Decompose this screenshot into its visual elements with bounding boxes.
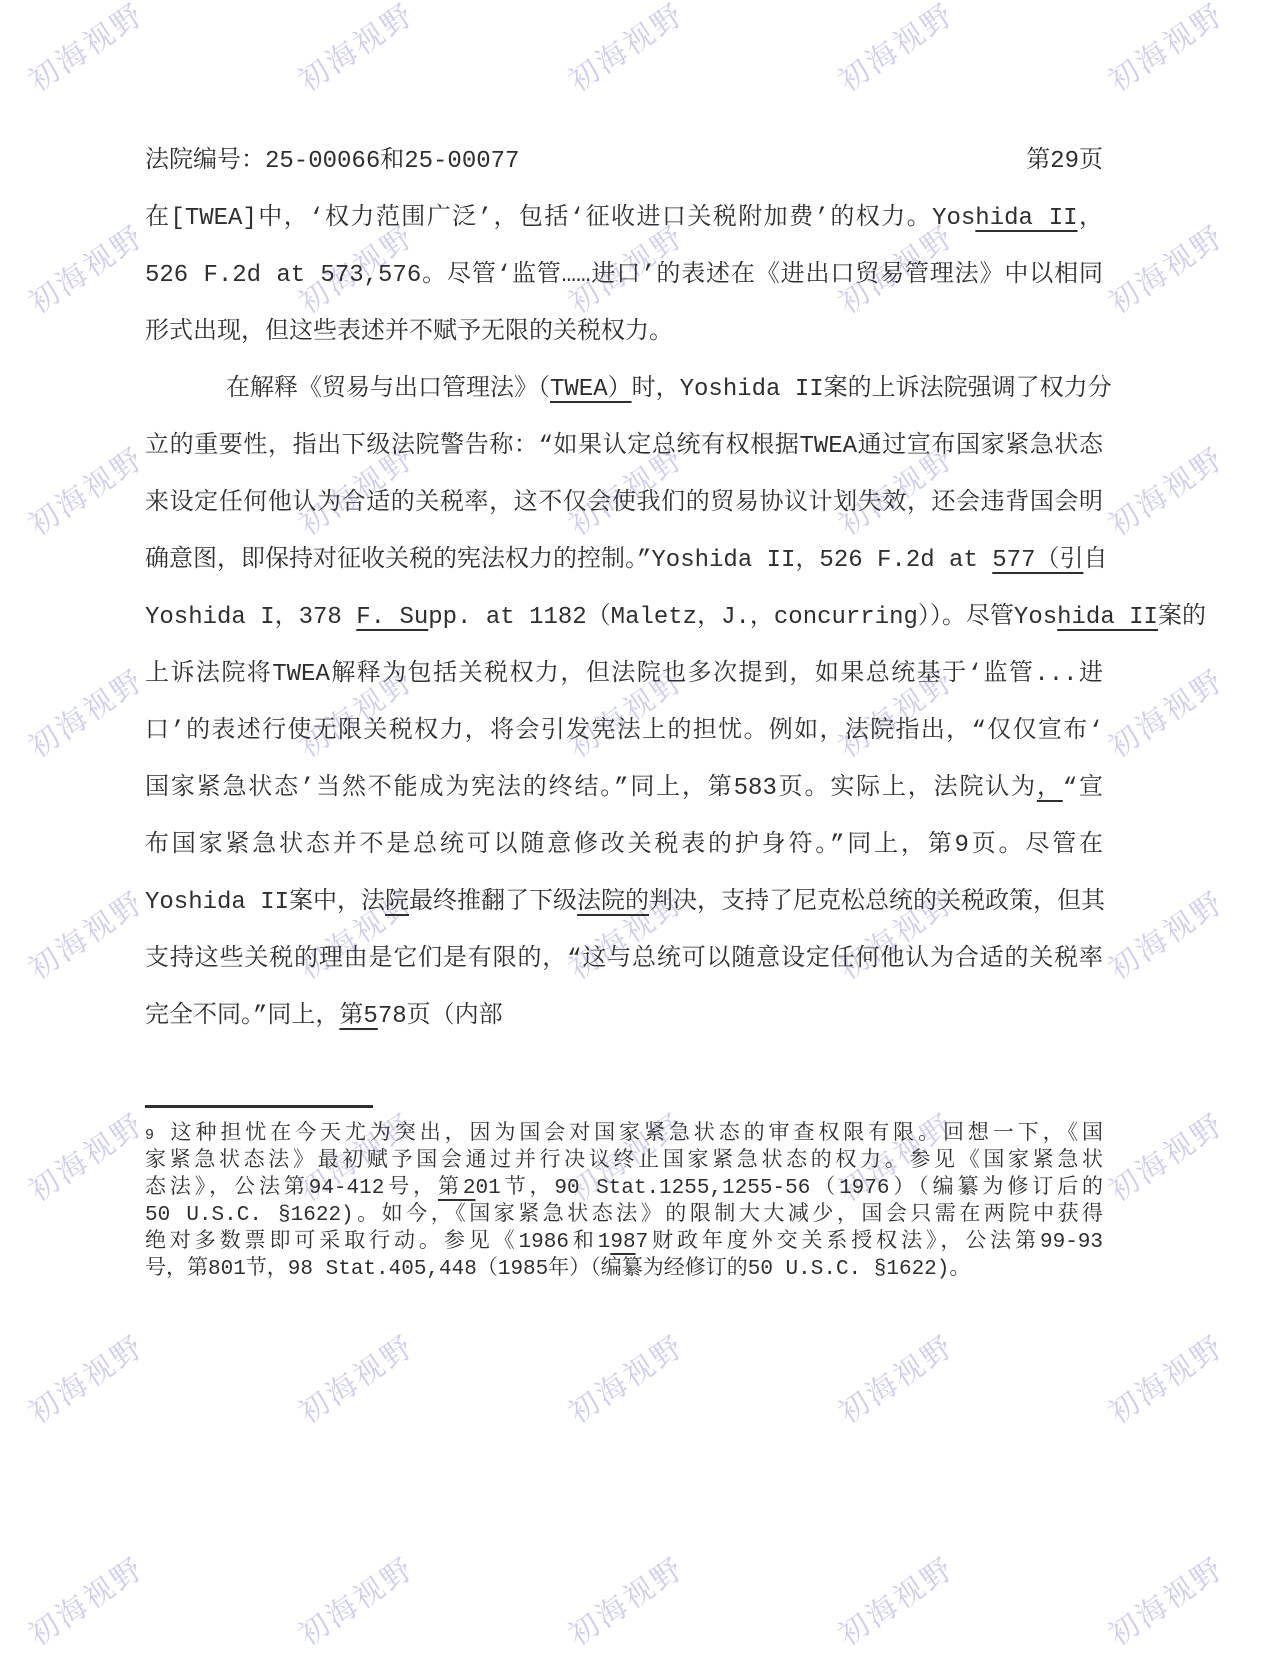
text-line: 号，第801节，98 Stat.405,448（1985年）（编纂为经修订的50… (145, 1256, 1103, 1283)
footnote-separator (145, 1105, 373, 1108)
text-line: 完全不同。”同上，第578页（内部 (145, 988, 1103, 1045)
text-segment: 最终推翻了下级 (409, 889, 577, 916)
watermark-text: 初海视野 (18, 212, 152, 322)
text-segment: 自 (1083, 547, 1107, 574)
underlined-text: hida II (1057, 604, 1158, 631)
text-line: 布国家紧急状态并不是总统可以随意修改关税表的护身符。”同上，第9页。尽管在 (145, 817, 1103, 874)
text-segment: 国家紧急状态’当然不能成为宪法的终结。”同上，第583页。实际上，法院认为 (145, 775, 1037, 802)
text-segment: 上诉法院将TWEA解释为包括关税权力，但法院也多次提到，如果总统基于‘监管...… (145, 661, 1103, 688)
watermark-text: 初海视野 (1098, 0, 1232, 100)
underlined-text: 第2 (438, 1177, 476, 1200)
document-content: 法院编号：25-00066和25-00077 第29页 在[TWEA]中，‘权力… (145, 133, 1103, 1045)
text-line: 国家紧急状态’当然不能成为宪法的终结。”同上，第583页。实际上，法院认为，“宣 (145, 760, 1103, 817)
watermark-text: 初海视野 (18, 0, 152, 100)
text-line: 口’的表述行使无限关税权力，将会引发宪法上的担忧。例如，法院指出，“仅仅宣布‘ (145, 703, 1103, 760)
watermark-text: 初海视野 (18, 1544, 152, 1654)
underlined-text: TWEA） (550, 376, 632, 403)
text-line: 态法》，公法第94-412号，第201节，90 Stat.1255,1255-5… (145, 1175, 1103, 1202)
text-segment: 78页（内部 (378, 1003, 503, 1030)
court-number: 法院编号：25-00066和25-00077 (145, 133, 519, 190)
text-segment: 确意图，即保持对征收关税的宪法权力的控制。”Yoshida II，526 F.2… (145, 547, 992, 574)
footnote-text: 9 这种担忧在今天尤为突出，因为国会对国家紧急状态的审查权限有限。回想一下，《国… (145, 1121, 1103, 1283)
watermark-text: 初海视野 (1098, 656, 1232, 766)
text-segment: “宣 (1063, 775, 1103, 802)
text-line: Yoshida II案中，法院最终推翻了下级法院的判决，支持了尼克松总统的关税政… (145, 874, 1103, 931)
text-segment: 来设定任何他认为合适的关税率，这不仅会使我们的贸易协议计划失效，还会违背国会明 (145, 490, 1103, 517)
underlined-text: 第5 (339, 1003, 377, 1030)
text-segment: 案的 (1158, 604, 1206, 631)
text-segment: 布国家紧急状态并不是总统可以随意修改关税表的护身符。”同上，第9页。尽管在 (145, 832, 1103, 859)
text-line: 在[TWEA]中，‘权力范围广泛’，包括‘征收进口关税附加费’的权力。Yoshi… (145, 190, 1103, 247)
text-line: 绝对多数票即可采取行动。参见《1986和1987财政年度外交关系授权法》，公法第… (145, 1229, 1103, 1256)
text-segment: 时，Yoshida II案的上诉法院强调了权力分 (632, 376, 1112, 403)
watermark-text: 初海视野 (18, 878, 152, 988)
underlined-text: hida II (975, 205, 1077, 232)
text-segment: 号，第801节，98 Stat.405,448（1985年）（编纂为经修订的50… (145, 1258, 970, 1281)
text-segment: ， (1078, 205, 1103, 232)
text-line: 上诉法院将TWEA解释为包括关税权力，但法院也多次提到，如果总统基于‘监管...… (145, 646, 1103, 703)
footnote-section: 9 这种担忧在今天尤为突出，因为国会对国家紧急状态的审查权限有限。回想一下，《国… (145, 1105, 1103, 1283)
watermark-text: 初海视野 (828, 0, 962, 100)
underlined-text: 法院的 (577, 889, 649, 916)
document-page: 初海视野初海视野初海视野初海视野初海视野初海视野初海视野初海视野初海视野初海视野… (0, 0, 1280, 1656)
text-segment: 01节，90 Stat.1255,1255-56（1976）（编纂为修订后的 (476, 1177, 1104, 1200)
watermark-text: 初海视野 (18, 1100, 152, 1210)
text-line: 来设定任何他认为合适的关税率，这不仅会使我们的贸易协议计划失效，还会违背国会明 (145, 475, 1103, 532)
underlined-text: F. Su (356, 604, 428, 631)
watermark-text: 初海视野 (828, 1322, 962, 1432)
text-segment: 这种担忧在今天尤为突出，因为国会对国家紧急状态的审查权限有限。回想一下，《国 (154, 1123, 1103, 1146)
text-segment: 在解释《贸易与出口管理法》（ (226, 376, 550, 403)
watermark-text: 初海视野 (18, 434, 152, 544)
text-segment: 立的重要性，指出下级法院警告称：“如果认定总统有权根据TWEA通过宣布国家紧急状… (145, 433, 1103, 460)
watermark-text: 初海视野 (288, 0, 422, 100)
text-segment: 形式出现，但这些表述并不赋予无限的关税权力。 (145, 319, 673, 346)
text-line: 形式出现，但这些表述并不赋予无限的关税权力。 (145, 304, 1103, 361)
watermark-text: 初海视野 (1098, 1100, 1232, 1210)
text-line: 50 U.S.C. §1622)。如今，《国家紧急状态法》的限制大大减少，国会只… (145, 1202, 1103, 1229)
text-line: 确意图，即保持对征收关税的宪法权力的控制。”Yoshida II，526 F.2… (145, 532, 1103, 589)
text-line: 立的重要性，指出下级法院警告称：“如果认定总统有权根据TWEA通过宣布国家紧急状… (145, 418, 1103, 475)
watermark-text: 初海视野 (1098, 878, 1232, 988)
underlined-text: 98 (610, 1231, 635, 1254)
body-text: 在[TWEA]中，‘权力范围广泛’，包括‘征收进口关税附加费’的权力。Yoshi… (145, 190, 1103, 1045)
underlined-text: 577（引 (992, 547, 1083, 574)
watermark-text: 初海视野 (18, 656, 152, 766)
watermark-text: 初海视野 (1098, 1322, 1232, 1432)
text-segment: 家紧急状态法》最初赋予国会通过并行决议终止国家紧急状态的权力。参见《国家紧急状 (145, 1150, 1103, 1173)
text-line: 526 F.2d at 573,576。尽管‘监管……进口’的表述在《进出口贸易… (145, 247, 1103, 304)
text-segment: 口’的表述行使无限关税权力，将会引发宪法上的担忧。例如，法院指出，“仅仅宣布‘ (145, 718, 1103, 745)
watermark-text: 初海视野 (558, 1544, 692, 1654)
watermark-text: 初海视野 (288, 1544, 422, 1654)
text-line: 在解释《贸易与出口管理法》（TWEA）时，Yoshida II案的上诉法院强调了… (145, 361, 1103, 418)
text-segment: 完全不同。”同上， (145, 1003, 339, 1030)
watermark-text: 初海视野 (288, 1322, 422, 1432)
text-line: 9 这种担忧在今天尤为突出，因为国会对国家紧急状态的审查权限有限。回想一下，《国 (145, 1121, 1103, 1148)
text-segment: 态法》，公法第94-412号， (145, 1177, 438, 1200)
text-line: Yoshida I，378 F. Supp. at 1182（Maletz，J.… (145, 589, 1103, 646)
watermark-text: 初海视野 (1098, 1544, 1232, 1654)
text-line: 家紧急状态法》最初赋予国会通过并行决议终止国家紧急状态的权力。参见《国家紧急状 (145, 1148, 1103, 1175)
watermark-text: 初海视野 (828, 1544, 962, 1654)
watermark-text: 初海视野 (558, 0, 692, 100)
text-segment: 绝对多数票即可采取行动。参见《1986和1 (145, 1231, 610, 1254)
text-segment: 判决，支持了尼克松总统的关税政策，但其 (649, 889, 1105, 916)
text-segment: pp. at 1182（Maletz，J.，concurring））。尽管Yos (428, 604, 1057, 631)
watermark-text: 初海视野 (1098, 434, 1232, 544)
watermark-text: 初海视野 (1098, 212, 1232, 322)
watermark-text: 初海视野 (18, 1322, 152, 1432)
text-segment: 526 F.2d at 573,576。尽管‘监管……进口’的表述在《进出口贸易… (145, 262, 1103, 289)
text-segment: 50 U.S.C. §1622)。如今，《国家紧急状态法》的限制大大减少，国会只… (145, 1204, 1103, 1227)
text-segment: 7财政年度外交关系授权法》，公法第99-93 (636, 1231, 1103, 1254)
text-segment: Yoshida II案中，法 (145, 889, 385, 916)
footnote-marker: 9 (145, 1127, 154, 1144)
page-number: 第29页 (1026, 133, 1103, 190)
text-segment: Yoshida I，378 (145, 604, 356, 631)
text-line: 支持这些关税的理由是它们是有限的，“这与总统可以随意设定任何他认为合适的关税率 (145, 931, 1103, 988)
underlined-text: ， (1037, 775, 1063, 802)
text-segment: 在[TWEA]中，‘权力范围广泛’，包括‘征收进口关税附加费’的权力。Yos (145, 205, 975, 232)
text-segment: 支持这些关税的理由是它们是有限的，“这与总统可以随意设定任何他认为合适的关税率 (145, 946, 1103, 973)
document-header: 法院编号：25-00066和25-00077 第29页 (145, 133, 1103, 190)
watermark-text: 初海视野 (558, 1322, 692, 1432)
underlined-text: 院 (385, 889, 409, 916)
